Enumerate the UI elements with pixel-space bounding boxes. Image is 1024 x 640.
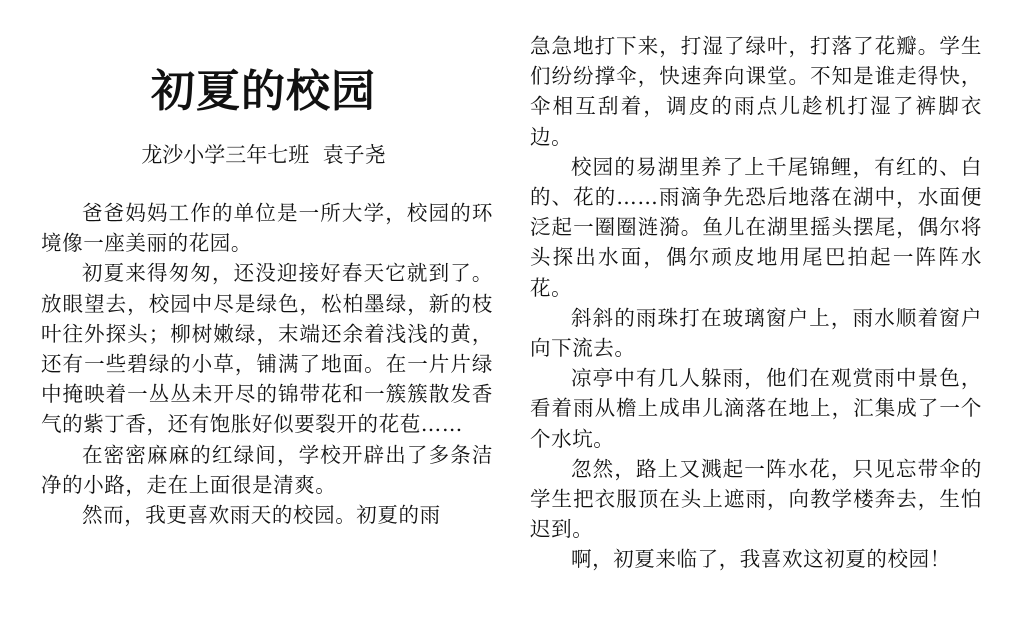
paragraph: 啊，初夏来临了，我喜欢这初夏的校园！	[530, 544, 982, 574]
right-column: 急急地打下来，打湿了绿叶，打落了花瓣。学生们纷纷撑伞，快速奔向课堂。不知是谁走得…	[530, 31, 982, 575]
paragraph: 凉亭中有几人躲雨，他们在观赏雨中景色，看着雨从檐上成串儿滴落在地上，汇集成了一个…	[530, 363, 982, 454]
paragraph: 忽然，路上又溅起一阵水花，只见忘带伞的学生把衣服顶在头上遮雨，向教学楼奔去，生怕…	[530, 454, 982, 545]
paragraph: 初夏来得匆匆，还没迎接好春天它就到了。放眼望去，校园中尽是绿色，松柏墨绿，新的枝…	[41, 258, 493, 439]
paragraph: 斜斜的雨珠打在玻璃窗户上，雨水顺着窗户向下流去。	[530, 303, 982, 363]
paragraph: 在密密麻麻的红绿间，学校开辟出了多条洁净的小路，走在上面很是清爽。	[41, 440, 493, 500]
paragraph: 然而，我更喜欢雨天的校园。初夏的雨	[41, 500, 493, 530]
article-title: 初夏的校园	[41, 62, 486, 122]
paragraph-continuation: 急急地打下来，打湿了绿叶，打落了花瓣。学生们纷纷撑伞，快速奔向课堂。不知是谁走得…	[530, 31, 982, 152]
left-column: 爸爸妈妈工作的单位是一所大学，校园的环境像一座美丽的花园。 初夏来得匆匆，还没迎…	[41, 198, 493, 530]
paragraph: 爸爸妈妈工作的单位是一所大学，校园的环境像一座美丽的花园。	[41, 198, 493, 258]
author-byline: 龙沙小学三年七班 袁子尧	[41, 140, 486, 170]
paragraph: 校园的易湖里养了上千尾锦鲤，有红的、白的、花的……雨滴争先恐后地落在湖中，水面便…	[530, 152, 982, 303]
